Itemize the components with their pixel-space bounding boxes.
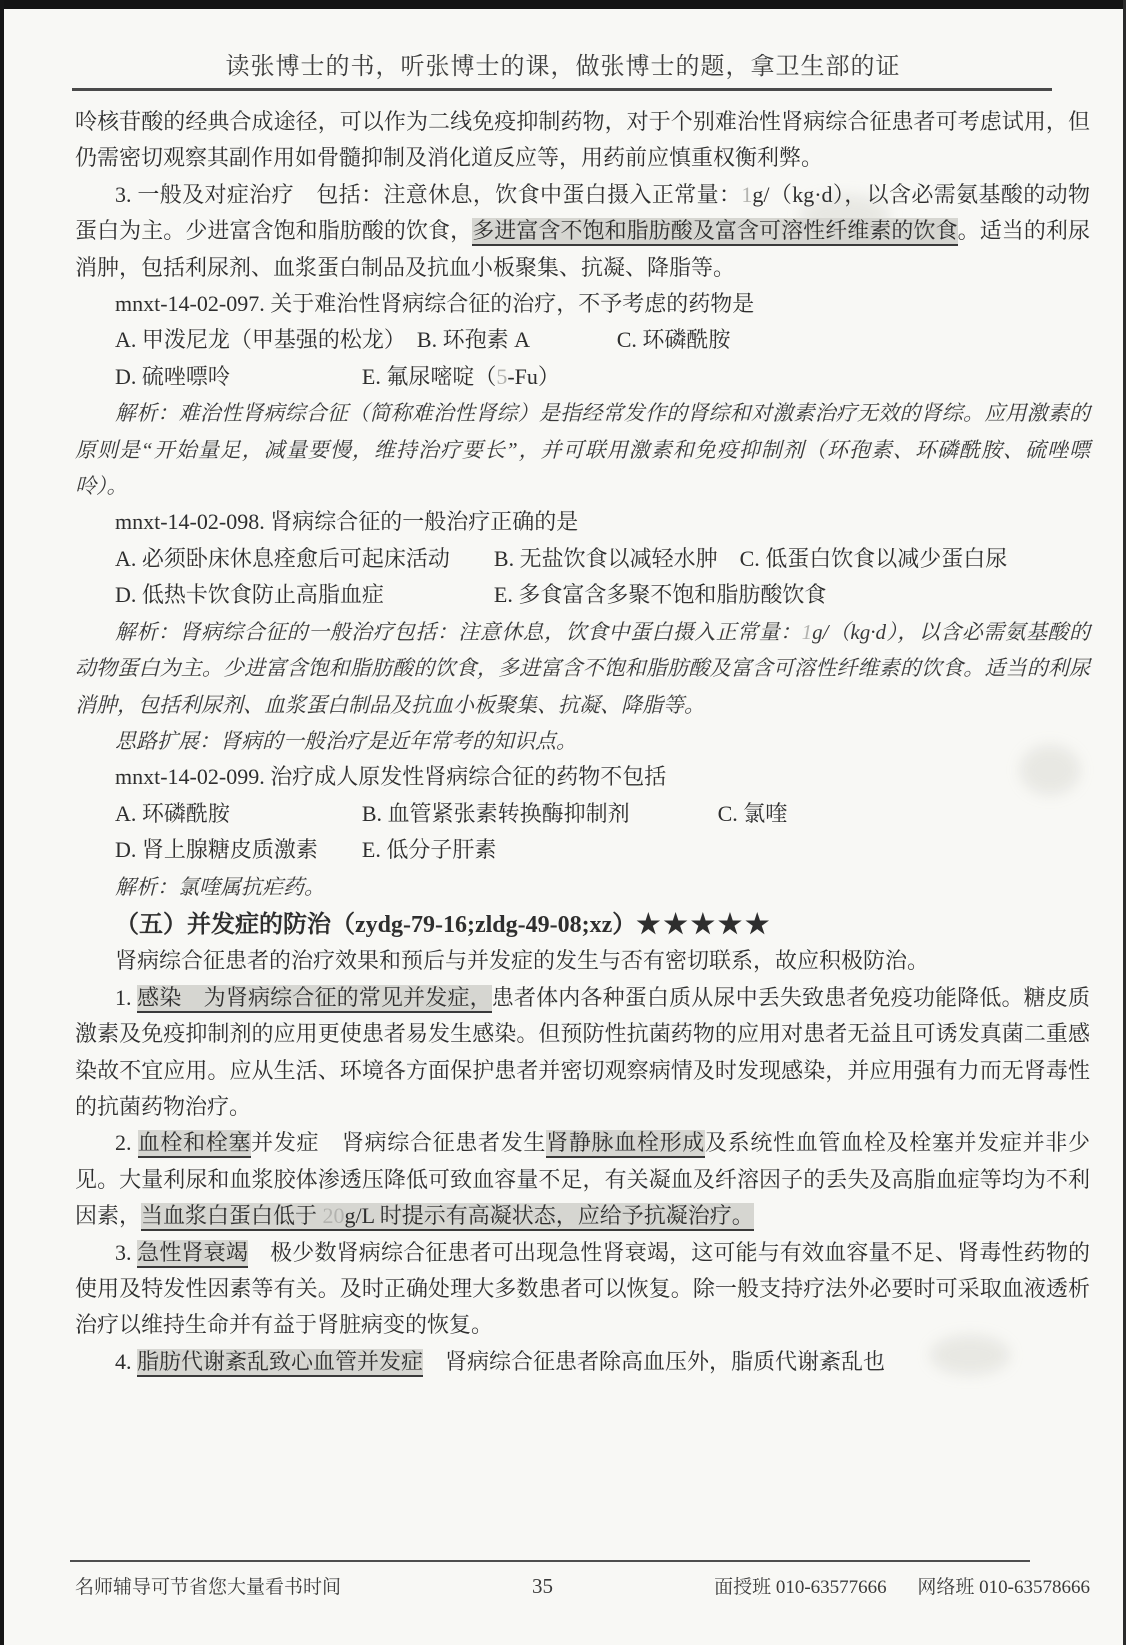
text-segment: 多进富含不饱和脂肪酸及富含可溶性纤维素的饮食 bbox=[472, 218, 957, 246]
question-097-stem: mnxt-14-02-097. 关于难治性肾病综合征的治疗，不予考虑的药物是 bbox=[75, 286, 1090, 322]
para-complication-1-infection: 1. 感染 为肾病综合征的常见并发症，患者体内各种蛋白质从尿中丢失致患者免疫功能… bbox=[75, 980, 1090, 1126]
para-complication-4-lipid: 4. 脂肪代谢紊乱致心血管并发症 肾病综合征患者除高血压外，脂质代谢紊乱也 bbox=[75, 1344, 1090, 1380]
text-segment: 1 bbox=[741, 182, 752, 207]
text-segment: -Fu） bbox=[507, 364, 560, 389]
text-segment: D. 硫唑嘌呤 E. 氟尿嘧啶（ bbox=[115, 364, 496, 389]
header-slogan: 读张博士的书，听张博士的课，做张博士的题，拿卫生部的证 bbox=[0, 46, 1126, 81]
scan-edge-left bbox=[0, 0, 4, 1645]
footer-contacts: 面授班 010-63577666 网络班 010-63578666 bbox=[593, 1572, 1090, 1599]
para-complications-intro: 肾病综合征患者的治疗效果和预后与并发症的发生与否有密切联系，故应积极防治。 bbox=[75, 943, 1090, 979]
footer-slogan: 名师辅导可节省您大量看书时间 bbox=[75, 1572, 572, 1599]
section-heading-complications: （五）并发症的防治（zydg-79-16;zldg-49-08;xz）★★★★★ bbox=[75, 905, 1090, 943]
text-segment: 思路扩展：肾病的一般治疗是近年常考的知识点。 bbox=[115, 729, 577, 753]
footer-contact-online: 网络班 010-63578666 bbox=[917, 1577, 1090, 1598]
analysis-099: 解析：氯喹属抗疟药。 bbox=[75, 869, 1090, 905]
text-segment: g/L 时提示有高凝状态，应给予抗凝治疗。 bbox=[345, 1203, 754, 1231]
text-segment: A. 环磷酰胺 B. 血管紧张素转换酶抑制剂 C. 氯喹 bbox=[115, 801, 787, 826]
text-segment: 肾病综合征患者的治疗效果和预后与并发症的发生与否有密切联系，故应积极防治。 bbox=[115, 948, 929, 973]
text-segment: 血栓和栓塞 bbox=[138, 1130, 251, 1158]
analysis-098: 解析：肾病综合征的一般治疗包括：注意休息，饮食中蛋白摄入正常量：1g/（kg·d… bbox=[75, 614, 1090, 723]
text-segment: （五）并发症的防治（zydg-79-16;zldg-49-08;xz） bbox=[115, 912, 636, 938]
para-purine-continuation: 呤核苷酸的经典合成途径，可以作为二线免疫抑制药物，对于个别难治性肾病综合征患者可… bbox=[75, 104, 1090, 177]
text-segment: mnxt-14-02-098. 肾病综合征的一般治疗正确的是 bbox=[115, 509, 578, 534]
text-segment: A. 必须卧床休息痊愈后可起床活动 B. 无盐饮食以减轻水肿 C. 低蛋白饮食以… bbox=[115, 546, 1007, 571]
text-segment: 当血浆白蛋白低于 bbox=[141, 1203, 323, 1231]
thought-expansion: 思路扩展：肾病的一般治疗是近年常考的知识点。 bbox=[75, 723, 1090, 759]
question-097-options-abc: A. 甲泼尼龙（甲基强的松龙） B. 环孢素 A C. 环磷酰胺 bbox=[75, 322, 1090, 358]
scan-edge-top bbox=[0, 0, 1126, 9]
text-segment: 4. bbox=[115, 1349, 137, 1374]
question-098-options-de: D. 低热卡饮食防止高脂血症 E. 多食富含多聚不饱和脂肪酸饮食 bbox=[75, 577, 1090, 613]
text-segment: 20 bbox=[323, 1203, 345, 1231]
para-complication-3-renal-failure: 3. 急性肾衰竭 极少数肾病综合征患者可出现急性肾衰竭，这可能与有效血容量不足、… bbox=[75, 1235, 1090, 1344]
text-segment: 呤核苷酸的经典合成途径，可以作为二线免疫抑制药物，对于个别难治性肾病综合征患者可… bbox=[75, 109, 1090, 170]
text-segment: 并发症 肾病综合征患者发生 bbox=[251, 1130, 546, 1155]
text-segment: mnxt-14-02-099. 治疗成人原发性肾病综合征的药物不包括 bbox=[115, 764, 666, 789]
text-segment: 1 bbox=[802, 620, 813, 644]
text-segment: 5 bbox=[496, 364, 507, 389]
text-segment: 急性肾衰竭 bbox=[137, 1240, 248, 1268]
text-segment: D. 低热卡饮食防止高脂血症 E. 多食富含多聚不饱和脂肪酸饮食 bbox=[115, 582, 826, 607]
footer-rule bbox=[70, 1560, 1030, 1562]
text-segment: 1. bbox=[115, 985, 137, 1010]
five-star-rating: ★★★★★ bbox=[636, 909, 772, 939]
text-segment: 脂肪代谢紊乱致心血管并发症 bbox=[137, 1349, 423, 1377]
text-segment: 感染 为肾病综合征的常见并发症， bbox=[137, 985, 492, 1013]
para-complication-2-thrombosis: 2. 血栓和栓塞并发症 肾病综合征患者发生肾静脉血栓形成及系统性血管血栓及栓塞并… bbox=[75, 1125, 1090, 1234]
analysis-097: 解析：难治性肾病综合征（简称难治性肾综）是指经常发作的肾综和对激素治疗无效的肾综… bbox=[75, 395, 1090, 504]
text-segment: 2. bbox=[115, 1130, 138, 1155]
question-099-options-abc: A. 环磷酰胺 B. 血管紧张素转换酶抑制剂 C. 氯喹 bbox=[75, 796, 1090, 832]
page-footer: 名师辅导可节省您大量看书时间 35 面授班 010-63577666 网络班 0… bbox=[75, 1572, 1090, 1599]
text-segment: 肾静脉血栓形成 bbox=[546, 1130, 705, 1158]
para-general-symptomatic-treatment: 3. 一般及对症治疗 包括：注意休息，饮食中蛋白摄入正常量：1g/（kg·d），… bbox=[75, 177, 1090, 286]
text-segment: mnxt-14-02-097. 关于难治性肾病综合征的治疗，不予考虑的药物是 bbox=[115, 291, 754, 316]
scanned-book-page: 读张博士的书，听张博士的课，做张博士的题，拿卫生部的证 呤核苷酸的经典合成途径，… bbox=[0, 0, 1126, 1645]
question-097-options-de: D. 硫唑嘌呤 E. 氟尿嘧啶（5-Fu） bbox=[75, 359, 1090, 395]
question-098-options-abc: A. 必须卧床休息痊愈后可起床活动 B. 无盐饮食以减轻水肿 C. 低蛋白饮食以… bbox=[75, 541, 1090, 577]
text-segment: 解析：肾病综合征的一般治疗包括：注意休息，饮食中蛋白摄入正常量： bbox=[115, 620, 802, 644]
text-segment: D. 肾上腺糖皮质激素 E. 低分子肝素 bbox=[115, 837, 496, 862]
header-rule bbox=[72, 88, 1052, 91]
text-segment: 解析：氯喹属抗疟药。 bbox=[115, 875, 325, 899]
text-segment: 3. 一般及对症治疗 包括：注意休息，饮食中蛋白摄入正常量： bbox=[115, 182, 741, 207]
question-098-stem: mnxt-14-02-098. 肾病综合征的一般治疗正确的是 bbox=[75, 504, 1090, 540]
text-segment: A. 甲泼尼龙（甲基强的松龙） B. 环孢素 A C. 环磷酰胺 bbox=[115, 327, 730, 352]
text-segment: 肾病综合征患者除高血压外，脂质代谢紊乱也 bbox=[423, 1349, 885, 1374]
question-099-options-de: D. 肾上腺糖皮质激素 E. 低分子肝素 bbox=[75, 832, 1090, 868]
text-segment: 解析：难治性肾病综合征（简称难治性肾综）是指经常发作的肾综和对激素治疗无效的肾综… bbox=[75, 401, 1090, 498]
text-segment: 3. bbox=[115, 1240, 137, 1265]
footer-contact-onsite: 面授班 010-63577666 bbox=[714, 1577, 887, 1598]
page-body: 呤核苷酸的经典合成途径，可以作为二线免疫抑制药物，对于个别难治性肾病综合征患者可… bbox=[75, 104, 1090, 1380]
page-number: 35 bbox=[532, 1574, 553, 1599]
question-099-stem: mnxt-14-02-099. 治疗成人原发性肾病综合征的药物不包括 bbox=[75, 759, 1090, 795]
